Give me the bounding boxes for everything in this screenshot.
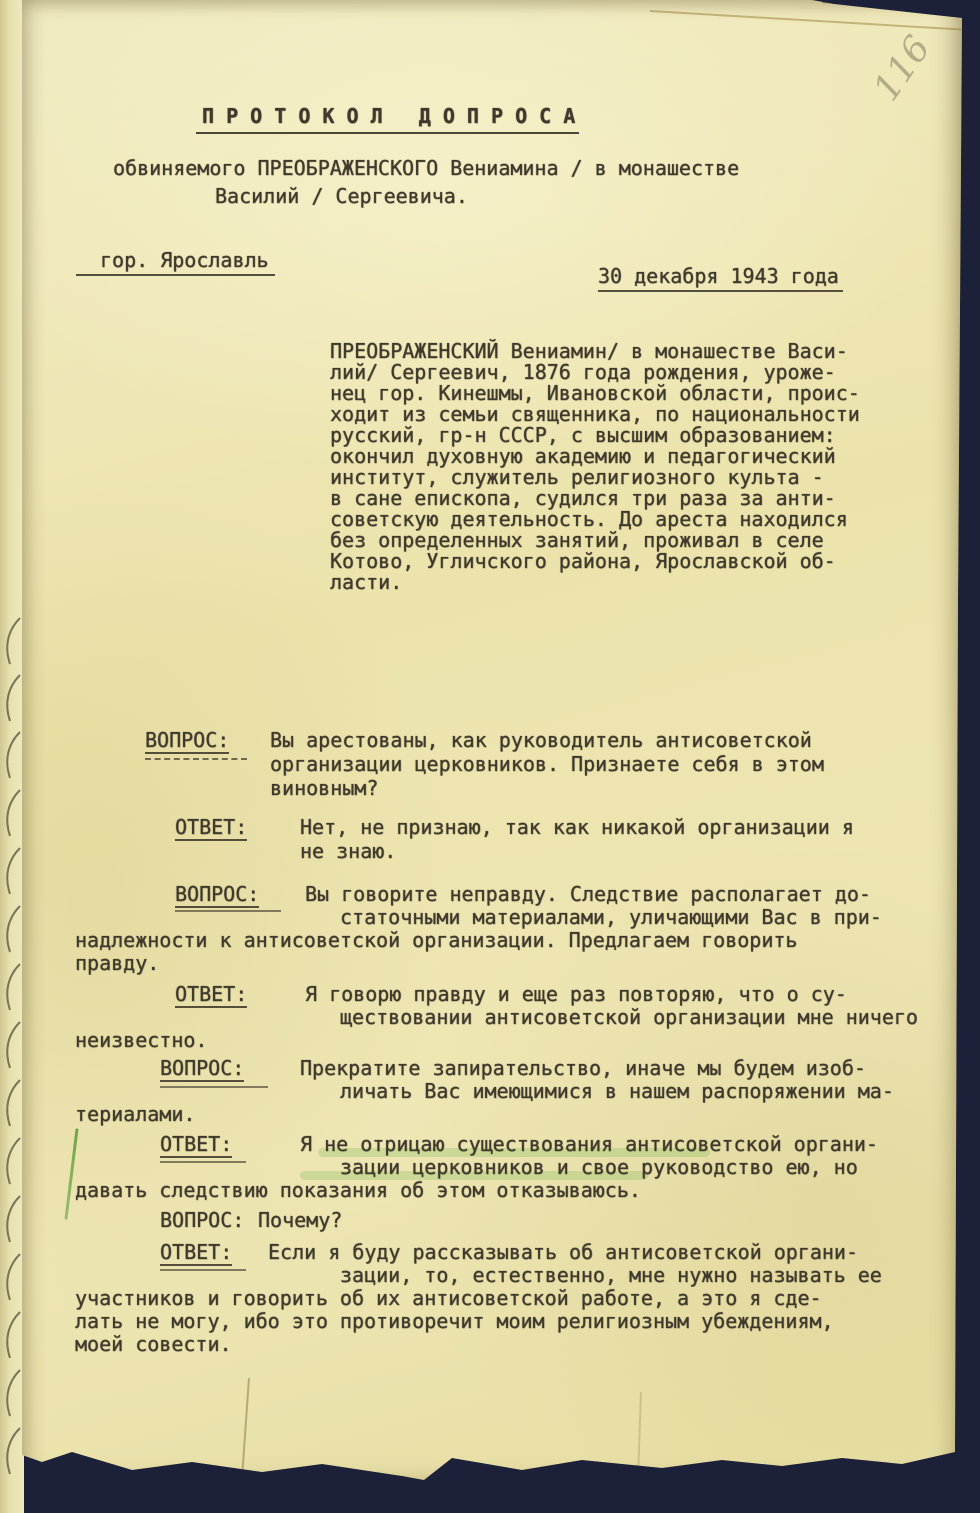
bio-line: институт, служитель религиозного культа …: [330, 467, 824, 488]
question-line: правду.: [75, 953, 159, 974]
underline-mark: [160, 1269, 246, 1271]
answer-line: Нет, не признаю, так как никакой организ…: [300, 817, 854, 838]
answer-label: ОТВЕТ:: [160, 1242, 232, 1266]
paper-crack: [241, 1378, 250, 1478]
underline-mark: [160, 1086, 268, 1088]
answer-line: зации церковников и свое руководство ею,…: [340, 1157, 858, 1178]
answer-label: ОТВЕТ:: [175, 817, 247, 841]
accused-name-line: обвиняемого ПРЕОБРАЖЕНСКОГО Вениамина / …: [113, 158, 739, 179]
scanned-document-page: 116 П Р О Т О К О Л Д О П Р О С А обвиня…: [0, 0, 980, 1513]
question-line: Прекратите запирательство, иначе мы буде…: [300, 1058, 866, 1079]
crease-line: [822, 2, 962, 13]
bio-line: окончил духовную академию и педагогическ…: [330, 446, 836, 467]
bio-line: русский, гр-н СССР, с высшим образование…: [330, 425, 836, 446]
answer-line: давать следствию показания об этом отказ…: [75, 1180, 641, 1201]
question-label: ВОПРОС:: [145, 730, 229, 754]
question-label: ВОПРОС:: [160, 1210, 244, 1231]
place-line: гор. Ярославль: [76, 250, 275, 276]
answer-label: ОТВЕТ:: [175, 984, 247, 1008]
paper-fold-line: [637, 1392, 642, 1467]
bio-line: в сане епископа, судился три раза за ант…: [330, 488, 836, 509]
answer-line: участников и говорить об их антисоветско…: [75, 1288, 822, 1309]
answer-line: неизвестно.: [75, 1030, 207, 1051]
answer-line: моей совести.: [75, 1334, 232, 1355]
underline-mark: [160, 1161, 246, 1163]
bio-line: лий/ Сергеевич, 1876 года рождения, урож…: [330, 362, 836, 383]
question-line: статочными материалами, уличающими Вас в…: [340, 907, 882, 928]
bio-line: ласти.: [330, 572, 402, 593]
binding-stitch-marks: [0, 0, 24, 1513]
date-line: 30 декабря 1943 года: [598, 266, 843, 292]
question-line: надлежности к антисоветской организации.…: [75, 930, 797, 951]
question-line: Вы говорите неправду. Следствие располаг…: [305, 884, 871, 905]
bio-line: ходит из семьи священника, по национальн…: [330, 404, 860, 425]
question-line: личать Вас имеющимися в нашем распоряжен…: [340, 1081, 894, 1102]
bio-line: Котово, Угличского района, Ярославской о…: [330, 551, 836, 572]
answer-line: не знаю.: [300, 841, 396, 862]
bio-line: без определенных занятий, проживал в сел…: [330, 530, 824, 551]
book-binding-strip: [0, 0, 24, 1513]
bio-line: советскую деятельность. До ареста находи…: [330, 509, 848, 530]
question-line: виновным?: [270, 778, 378, 799]
question-line: организации церковников. Признаете себя …: [270, 754, 824, 775]
answer-line: зации, то, естественно, мне нужно называ…: [340, 1265, 882, 1286]
question-line: териалами.: [75, 1104, 195, 1125]
bio-line: нец гор. Кинешмы, Ивановской области, пр…: [330, 383, 860, 404]
answer-label: ОТВЕТ:: [160, 1134, 232, 1158]
answer-line: Если я буду рассказывать об антисоветско…: [268, 1242, 858, 1263]
accused-name-line: Василий / Сергеевича.: [215, 186, 468, 207]
question-label: ВОПРОС:: [175, 884, 259, 908]
answer-line: Я не отрицаю существования антисоветской…: [300, 1134, 878, 1155]
question-line: Вы арестованы, как руководитель антисове…: [270, 730, 812, 751]
question-label: ВОПРОС:: [160, 1058, 244, 1082]
bio-line: ПРЕОБРАЖЕНСКИЙ Вениамин/ в монашестве Ва…: [330, 341, 848, 362]
answer-line: ществовании антисоветской организации мн…: [340, 1007, 918, 1028]
document-title: П Р О Т О К О Л Д О П Р О С А: [196, 106, 579, 134]
answer-line: лать не могу, ибо это противоречит моим …: [75, 1311, 834, 1332]
question-line: Почему?: [258, 1210, 342, 1231]
crease-line: [650, 10, 962, 31]
underline-mark: [175, 910, 281, 912]
answer-line: Я говорю правду и еще раз повторяю, что …: [305, 984, 847, 1005]
underline-mark: [145, 758, 247, 760]
